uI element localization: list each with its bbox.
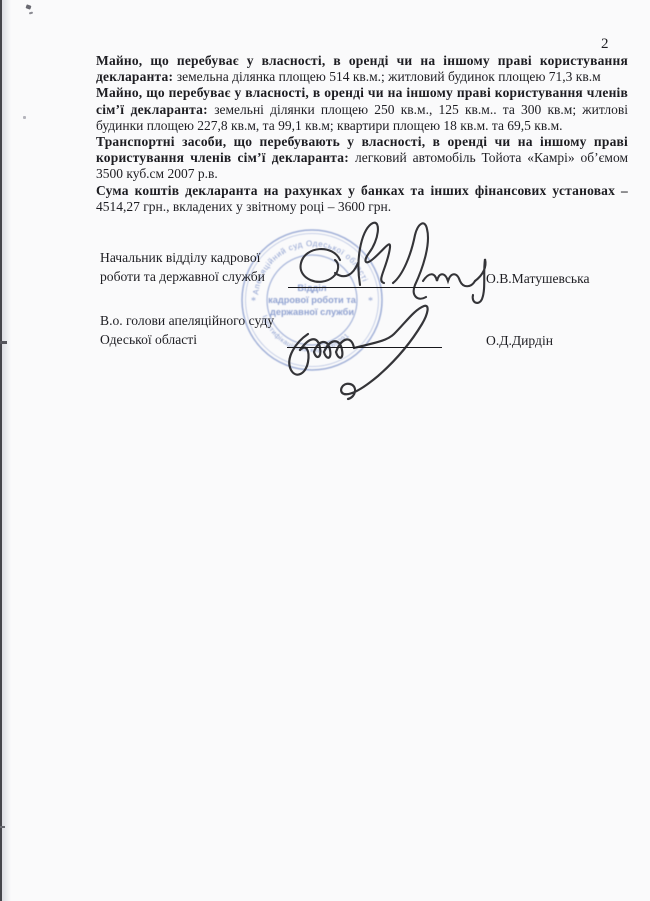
paragraph: Майно, що перебуває у власності, в оренд… <box>96 53 628 85</box>
scan-edge-fade <box>2 0 11 901</box>
stamp-separator-left: * <box>251 296 256 307</box>
scan-speck <box>23 116 26 119</box>
scan-speck <box>0 341 7 344</box>
paragraph-text: 4514,27 грн., вкладених у звітному році … <box>96 199 391 214</box>
paragraph: Транспортні засоби, що перебувають у вла… <box>96 134 628 183</box>
page-number: 2 <box>601 36 609 53</box>
handwritten-signature-1 <box>285 215 510 310</box>
scan-speck <box>29 12 33 15</box>
paragraph: Майно, що перебуває у власності, в оренд… <box>96 85 628 134</box>
scan-speck <box>25 4 31 9</box>
paragraph-bold-lead: Сума коштів декларанта на рахунках у бан… <box>96 183 628 198</box>
signatory-name-2: О.Д.Дирдін <box>486 333 553 349</box>
paragraph-text: земельна ділянка площею 514 кв.м.; житло… <box>177 69 601 84</box>
scanned-document-page: 2 Майно, що перебуває у власності, в оре… <box>0 0 650 901</box>
paragraph: Сума коштів декларанта на рахунках у бан… <box>96 183 628 215</box>
handwritten-signature-2 <box>278 298 478 406</box>
scan-speck <box>0 826 5 828</box>
body-text: Майно, що перебуває у власності, в оренд… <box>96 53 628 215</box>
